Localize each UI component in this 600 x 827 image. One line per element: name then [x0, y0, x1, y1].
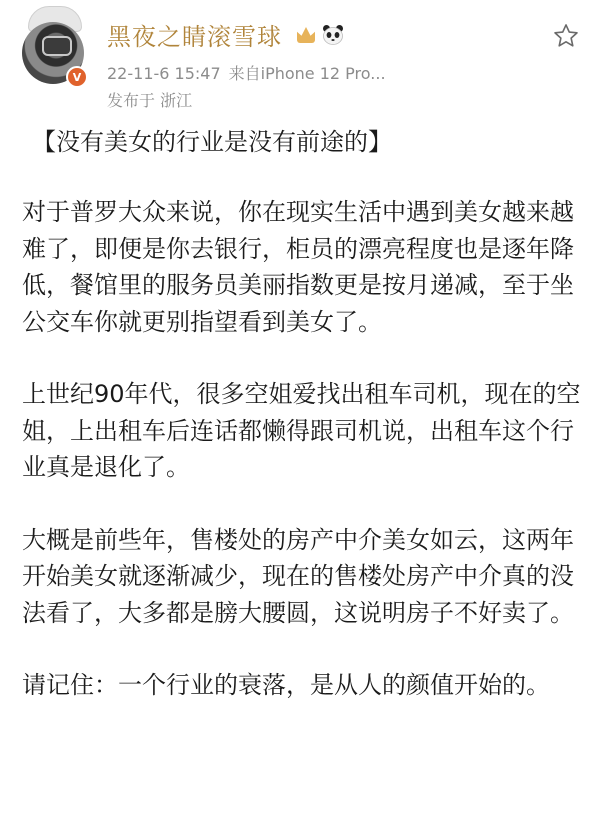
post-location: 发布于 浙江 — [107, 88, 192, 111]
crown-icon — [297, 27, 315, 43]
avatar[interactable]: V — [22, 6, 86, 84]
post-timestamp: 22-11-6 15:47 — [107, 64, 221, 83]
username[interactable]: 黑夜之睛滚雪球 — [107, 17, 282, 52]
panda-icon — [322, 24, 344, 46]
post-paragraph: 大概是前些年，售楼处的房产中介美女如云，这两年开始美女就逐渐减少，现在的售楼处房… — [22, 522, 582, 632]
post-body: 【没有美女的行业是没有前途的】 对于普罗大众来说，你在现实生活中遇到美女越来越难… — [22, 124, 582, 740]
post-paragraph: 对于普罗大众来说，你在现实生活中遇到美女越来越难了，即便是你去银行，柜员的漂亮程… — [22, 194, 582, 340]
verified-badge-icon: V — [66, 66, 88, 88]
post-title: 【没有美女的行业是没有前途的】 — [32, 124, 582, 160]
post-source: 来自iPhone 12 Pro... — [229, 64, 386, 83]
star-outline-icon[interactable] — [552, 22, 580, 50]
post-paragraph: 请记住：一个行业的衰落，是从人的颜值开始的。 — [22, 667, 582, 704]
post-header: V 黑夜之睛滚雪球 22-11-6 15:47来自iPhone 12 Pro..… — [0, 0, 600, 115]
astronaut-visor — [42, 36, 72, 56]
post-meta: 22-11-6 15:47来自iPhone 12 Pro... — [107, 61, 386, 84]
post-paragraph: 上世纪90年代，很多空姐爱找出租车司机，现在的空姐，上出租车后连话都懒得跟司机说… — [22, 376, 582, 486]
